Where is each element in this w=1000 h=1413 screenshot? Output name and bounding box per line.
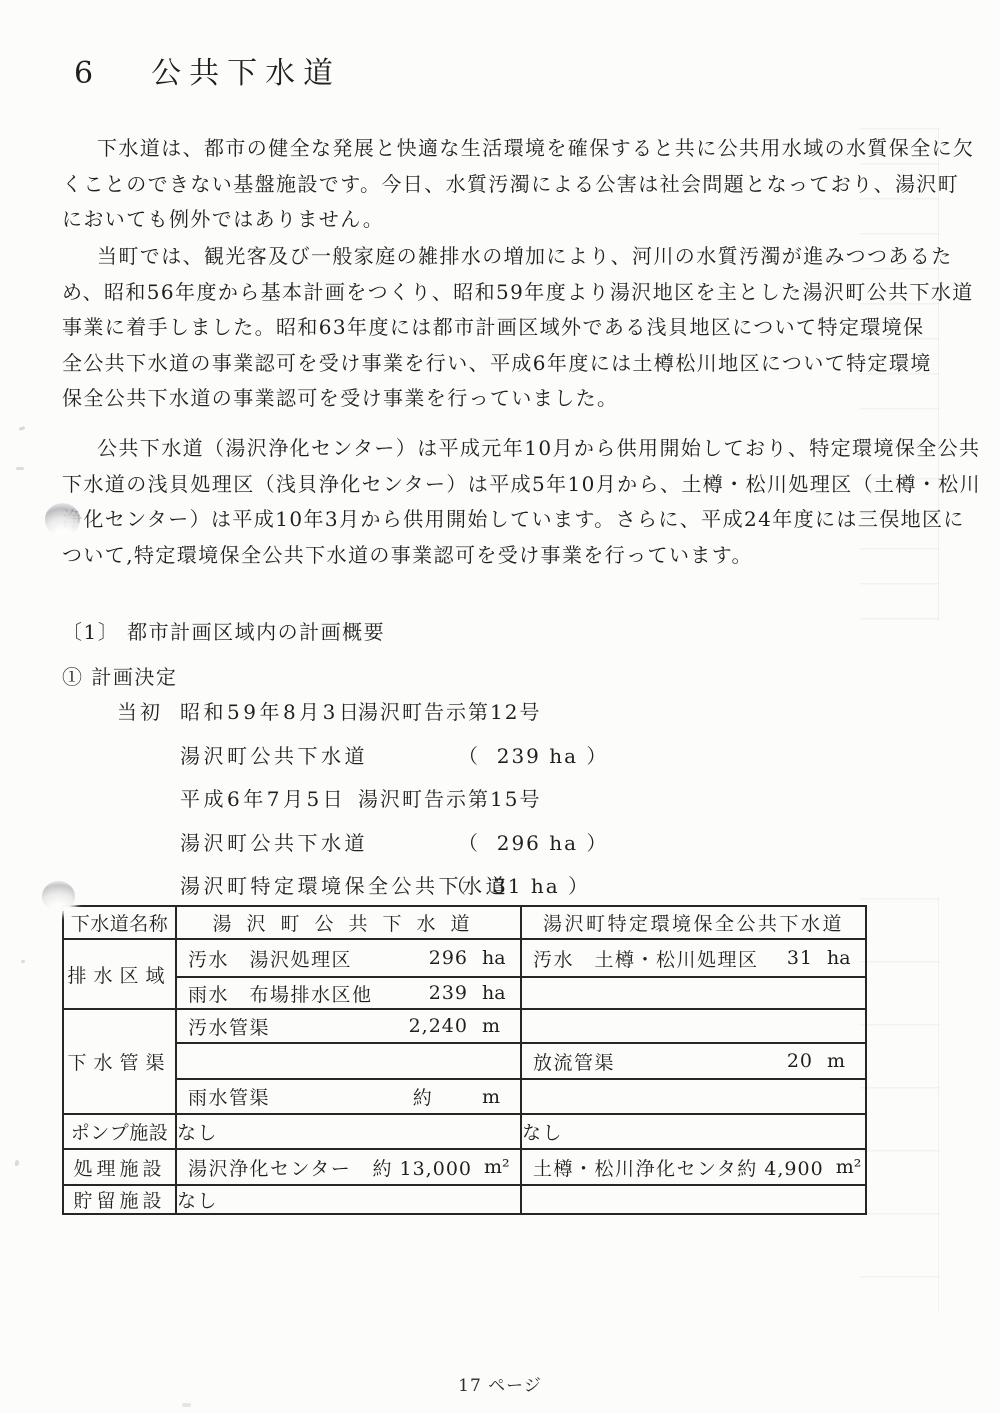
row-label-storage-facility: 貯留施設	[63, 1185, 176, 1214]
cell-treatment-left: 湯沢浄化センター 約 13,000 m²	[176, 1149, 521, 1185]
section-subheading: ① 計画決定	[62, 661, 177, 690]
table-header-public-sewer: 湯沢町公共下水道	[176, 906, 521, 939]
paragraph-line: 全公共下水道の事業認可を受け事業を行い、平成6年度には土樽松川地区について特定環…	[62, 346, 892, 382]
table-row: ポンプ施設 なし なし	[63, 1114, 866, 1149]
cell-rain-area: 雨水 布場排水区他 239 ha	[176, 977, 521, 1009]
cell-value: 20	[787, 1050, 813, 1072]
paragraph-line: 保全公共下水道の事業認可を受け事業を行っていました。	[62, 381, 892, 417]
paragraph-line: 下水道の浅貝処理区（浅貝浄化センター）は平成5年10月から、土樽・松川処理区（土…	[62, 467, 892, 503]
plan-area: （ 296 ha ）	[458, 828, 608, 858]
hole-punch-artifact	[45, 503, 80, 536]
paragraph-line: 事業に着手しました。昭和63年度には都市計画区域外である浅貝地区について特定環境…	[62, 310, 892, 346]
table-row: 処理施設 湯沢浄化センター 約 13,000 m² 土樽・松川浄化センタ 約 4…	[63, 1149, 866, 1185]
plan-area: （ 239 ha ）	[458, 741, 608, 771]
plan-area: （ 31 ha ）	[446, 871, 590, 901]
plan-notice: 湯沢町告示第12号	[358, 697, 541, 727]
plan-initial-label: 当初	[117, 697, 163, 727]
plan-row: 平成6年7月5日 湯沢町告示第15号	[0, 784, 1000, 828]
cell-empty	[521, 1185, 866, 1214]
plan-decision-list: 当初 昭和59年8月3日 湯沢町告示第12号 湯沢町公共下水道 （ 239 ha…	[0, 697, 1000, 915]
paragraph-line: 当町では、観光客及び一般家庭の雑排水の増加により、河川の水質汚濁が進みつつあるた	[62, 239, 892, 275]
cell-text: 湯沢浄化センター	[188, 1154, 372, 1181]
paragraph-line: においても例外ではありません。	[62, 202, 892, 238]
cell-storage-left: なし	[176, 1185, 521, 1214]
paragraph-line: 浄化センター）は平成10年3月から供用開始しています。さらに、平成24年度には三…	[62, 502, 892, 538]
cell-pump-left: なし	[176, 1114, 521, 1149]
section-number: 6	[74, 56, 93, 91]
cell-value: 約	[413, 1083, 468, 1110]
scan-speck	[19, 426, 26, 431]
section-heading: 〔1〕 都市計画区域内の計画概要	[62, 616, 385, 645]
section-title: 公共下水道	[151, 48, 341, 92]
page-title: 6 公共下水道	[74, 48, 341, 92]
cell-value: 約 13,000	[372, 1154, 472, 1181]
cell-unit: m	[468, 1086, 512, 1108]
paragraph-2: 当町では、観光客及び一般家庭の雑排水の増加により、河川の水質汚濁が進みつつあるた…	[62, 239, 892, 417]
cell-unit: m²	[472, 1156, 512, 1178]
paragraph-line: め、昭和56年度から基本計画をつくり、昭和59年度より湯沢地区を主とした湯沢町公…	[62, 275, 892, 311]
cell-unit: ha	[468, 947, 512, 969]
plan-row: 当初 昭和59年8月3日 湯沢町告示第12号	[0, 697, 1000, 741]
row-label-treatment-facility: 処理施設	[63, 1149, 176, 1185]
bleedthrough-grid-bottom	[860, 898, 939, 1313]
table-header-special-env-sewer: 湯沢町特定環境保全公共下水道	[521, 906, 866, 939]
cell-empty	[521, 1079, 866, 1114]
cell-text: 雨水管渠	[188, 1083, 413, 1110]
cell-sewage-area-right: 汚水 土樽・松川処理区 31 ha	[521, 939, 866, 977]
cell-value: 296	[429, 947, 468, 969]
table-row: 雨水管渠 約 m	[63, 1079, 866, 1114]
row-label-drainage-area: 排水区域	[63, 939, 176, 1009]
paragraph-line: くことのできない基盤施設です。今日、水質汚濁による公害は社会問題となっており、湯…	[62, 167, 892, 203]
cell-unit: ha	[813, 947, 857, 969]
table-row: 雨水 布場排水区他 239 ha	[63, 977, 866, 1009]
cell-text: 汚水 湯沢処理区	[188, 945, 429, 972]
page-number-footer: 17 ページ	[0, 1371, 1000, 1396]
paragraph-line: ついて,特定環境保全公共下水道の事業認可を受け事業を行っています。	[62, 538, 892, 574]
cell-text: 放流管渠	[533, 1048, 787, 1075]
cell-empty	[521, 1009, 866, 1043]
cell-unit: ha	[468, 982, 512, 1004]
cell-sewer-pipe: 汚水管渠 2,240 m	[176, 1009, 521, 1043]
cell-text: 雨水 布場排水区他	[188, 980, 429, 1007]
plan-row: 湯沢町公共下水道 （ 239 ha ）	[0, 741, 1000, 785]
plan-row: 湯沢町公共下水道 （ 296 ha ）	[0, 828, 1000, 872]
cell-empty	[176, 1043, 521, 1079]
cell-rain-pipe: 雨水管渠 約 m	[176, 1079, 521, 1114]
scan-speck	[15, 1160, 19, 1166]
paragraph-line: 下水道は、都市の健全な発展と快適な生活環境を確保すると共に公共用水域の水質保全に…	[62, 131, 892, 167]
scan-speck	[16, 467, 24, 470]
cell-value: 239	[429, 982, 468, 1004]
table-row: 放流管渠 20 m	[63, 1043, 866, 1079]
cell-pump-right: なし	[521, 1114, 866, 1149]
cell-discharge-pipe: 放流管渠 20 m	[521, 1043, 866, 1079]
table-row: 下水道名称 湯沢町公共下水道 湯沢町特定環境保全公共下水道	[63, 906, 866, 939]
table-row: 貯留施設 なし	[63, 1185, 866, 1214]
hole-punch-artifact	[42, 881, 75, 912]
document-page: 6 公共下水道 下水道は、都市の健全な発展と快適な生活環境を確保すると共に公共用…	[0, 0, 1000, 1413]
plan-name: 湯沢町公共下水道	[180, 741, 368, 771]
table-row: 排水区域 汚水 湯沢処理区 296 ha 汚水 土樽・松川処理区 31 ha	[63, 939, 866, 977]
cell-text: 汚水 土樽・松川処理区	[533, 945, 787, 972]
cell-text: 汚水管渠	[188, 1013, 409, 1040]
cell-unit: m	[813, 1050, 857, 1072]
paragraph-line: 公共下水道（湯沢浄化センター）は平成元年10月から供用開始しており、特定環境保全…	[62, 431, 892, 467]
paragraph-3: 公共下水道（湯沢浄化センター）は平成元年10月から供用開始しており、特定環境保全…	[62, 431, 892, 573]
plan-date: 平成6年7月5日	[180, 784, 346, 814]
cell-sewage-area: 汚水 湯沢処理区 296 ha	[176, 939, 521, 977]
cell-empty	[521, 977, 866, 1009]
plan-date: 昭和59年8月3日	[180, 697, 362, 727]
table-header-name: 下水道名称	[63, 906, 176, 939]
cell-value: 31	[787, 947, 813, 969]
plan-notice: 湯沢町告示第15号	[358, 784, 541, 814]
paragraph-1: 下水道は、都市の健全な発展と快適な生活環境を確保すると共に公共用水域の水質保全に…	[62, 131, 892, 238]
table-row: 下水管渠 汚水管渠 2,240 m	[63, 1009, 866, 1043]
cell-text: 土樽・松川浄化センタ	[533, 1154, 737, 1181]
cell-unit: m	[468, 1015, 512, 1037]
cell-value: 約 4,900	[737, 1154, 823, 1181]
row-label-pump-facility: ポンプ施設	[63, 1114, 176, 1149]
cell-value: 2,240	[409, 1015, 468, 1037]
scan-speck	[21, 960, 25, 963]
cell-treatment-right: 土樽・松川浄化センタ 約 4,900 m²	[521, 1149, 866, 1185]
scan-speck	[182, 1403, 191, 1407]
plan-name: 湯沢町公共下水道	[180, 828, 368, 858]
facility-table: 下水道名称 湯沢町公共下水道 湯沢町特定環境保全公共下水道 排水区域 汚水 湯沢…	[62, 905, 867, 1215]
row-label-sewer-pipes: 下水管渠	[63, 1009, 176, 1114]
cell-unit: m²	[824, 1156, 862, 1178]
